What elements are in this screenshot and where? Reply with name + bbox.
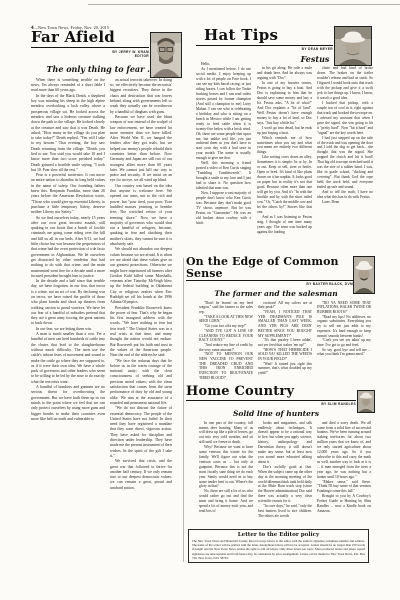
common-sense-column-2: coctions! All my calves are at their pea…	[258, 301, 312, 381]
far-afield-article: Far Afield BY JERRY W. KRAM EDITOR The o…	[31, 30, 177, 562]
paragraph: Like sorting cows down an alley. Sometim…	[257, 155, 312, 214]
common-sense-headline: On the Edge of Common Sense	[186, 256, 373, 279]
scan-edge-line	[88, 4, 400, 5]
slim-randles-photo	[357, 390, 375, 413]
paragraph: When there is something terrible on the …	[31, 78, 105, 94]
paragraph: In the decade and a half since that terr…	[31, 279, 105, 327]
paragraph: Later, Dean	[317, 200, 373, 205]
far-afield-headline-rule	[31, 47, 149, 48]
home-country-column-2: books and magazines, and talk endlessly …	[258, 421, 312, 521]
paragraph: A handful of bombers and gunmen are no s…	[31, 385, 105, 422]
paragraph: "And reduce my line of credit by the ver…	[199, 343, 253, 352]
paragraph: Now, I suppose a vast majority of people…	[196, 191, 251, 226]
home-country-article: Home Country BY SLIM RANDLES Solid line …	[186, 385, 373, 528]
byline-title: EDITOR	[31, 54, 149, 58]
paragraph: "NOT TO MENTION OUR NEW VACCINE TO PREVE…	[199, 352, 253, 380]
far-afield-byline: BY JERRY W. KRAM EDITOR	[31, 50, 149, 58]
hat-tips-headline-rule	[196, 45, 333, 46]
dean-meyer-photo	[334, 26, 372, 66]
paragraph: Doc's awfully good at that. When the sub…	[258, 465, 312, 504]
far-afield-body: When there is something terrible on the …	[31, 78, 177, 564]
paragraph: an actual terrorist takeover. In doing s…	[110, 78, 172, 115]
paragraph: in his git along. He rode a mule and dra…	[257, 66, 312, 81]
paragraph: We survived that crisis, and the great w…	[110, 459, 172, 491]
column-divider-rule	[183, 258, 184, 562]
common-sense-body: "Don't be leanin' on my feed wagon," sai…	[199, 301, 373, 381]
paragraph: "We do not distrust the future of essent…	[110, 406, 172, 459]
common-sense-article: On the Edge of Common Sense BY BAXTER BL…	[186, 256, 373, 386]
paragraph: In one part of the country, fall means d…	[199, 421, 253, 446]
paragraph: I won't go into detail, but he ends up j…	[257, 126, 312, 136]
paragraph: "It's that parsley I been addin', not ye…	[258, 338, 312, 347]
common-sense-headline-rule	[186, 280, 353, 281]
paragraph: Why? Because we want to have some veniso…	[199, 445, 253, 489]
paragraph: Brought to you by A Cowboy's Pocket Guid…	[317, 494, 371, 514]
paragraph: "Don't be leanin' on my feed wagon," sai…	[199, 301, 253, 315]
paragraph: And as I was listening to Festus sing, I…	[257, 215, 312, 235]
paragraph: "YEAH, I NOTICED THAT YER DEADMAN'S PILE…	[258, 310, 312, 338]
newspaper-page: 4—New Town News, Friday, Nov. 20, 2015 F…	[0, 0, 400, 600]
hat-tips-column-1: Hello,As I mentioned before, I do use so…	[196, 54, 251, 244]
hat-tips-right-block: Festus in his git along. He rode a mule …	[257, 54, 373, 244]
letter-policy-box: Letter to the Editor policy The New Town…	[188, 529, 369, 563]
paragraph: In one of my favorite scenes, Festus is …	[257, 81, 312, 126]
paragraph: So we find ourselves today, nearly 15 ye…	[31, 216, 105, 280]
paragraph: "Can't you see yer takin' up my time. I'…	[317, 338, 371, 347]
paragraph: books and magazines, and talk endlessly …	[258, 421, 312, 465]
common-sense-byline: BY BAXTER BLACK, DVM	[186, 282, 353, 286]
paragraph: "Makes sense," said Steve. "Think I'll b…	[317, 480, 371, 495]
hat-tips-column-3: chute and had kind of broke down. The br…	[317, 66, 373, 244]
hat-tips-byline: BY DEAN MEYER	[196, 47, 333, 51]
paragraph: "Read my lips! No additives, no organic …	[317, 315, 371, 339]
home-country-headline: Home Country	[186, 385, 373, 399]
paragraph: "In cave days," he said, "only the best …	[258, 504, 312, 519]
home-country-column-3: and died a sorry death. We all come from…	[317, 421, 371, 521]
common-sense-subtitle: The farmer and the salesman	[186, 289, 366, 298]
home-country-column-1: In one part of the country, fall means d…	[199, 421, 253, 521]
paragraph: Our country was based on the idea that a…	[110, 184, 172, 248]
far-afield-column-2: an actual terrorist takeover. In doing s…	[110, 78, 172, 564]
paragraph: Which reminds me of how sometimes what y…	[257, 136, 312, 156]
paragraph: chute and had kind of broke down. The br…	[317, 66, 373, 101]
paragraph: A man is much smaller than a cow. Yet a …	[31, 332, 105, 385]
baxter-black-photo	[353, 256, 375, 294]
paragraph: Well, this morning a friend posted a vid…	[196, 161, 251, 191]
hat-tips-article: Hat Tips BY DEAN MEYER Hello,As I mentio…	[196, 28, 373, 256]
paragraph: Because we have used the blunt weapon of…	[110, 115, 172, 184]
paragraph: In the days of the Black Death, a shephe…	[31, 94, 105, 173]
paragraph: And to tell the truth, I have no idea wh…	[317, 190, 373, 200]
common-sense-column-3: "DO YA NEED SOME TEAT INFLATIONS, BALER …	[317, 301, 371, 381]
common-sense-column-1: "Don't be leanin' on my feed wagon," sai…	[199, 301, 253, 381]
home-country-subtitle: Solid line of hunters	[186, 409, 366, 418]
hat-tips-column-2: in his git along. He rode a mule and dra…	[257, 66, 312, 244]
paragraph: President Franklin Roosevelt knew the po…	[110, 306, 172, 359]
letter-policy-title: Letter to the Editor policy	[192, 532, 365, 538]
paragraph: and died a sorry death. We all come from…	[317, 421, 371, 480]
paragraph: Fear is a powerful motivator. It can mov…	[31, 173, 105, 215]
paragraph: "AND I'VE GOT A LINE OF CLEANERS TO REDU…	[199, 329, 253, 343]
paragraph: coctions! All my calves are at their pea…	[258, 301, 312, 310]
paragraph: We should not abandon our deepest values…	[110, 247, 172, 305]
paragraph: "TAKE A LOOK AT THIS NEW SEED CORN,"	[199, 315, 253, 324]
home-country-body: In one part of the country, fall means d…	[199, 421, 373, 521]
hat-tips-body: Hello,As I mentioned before, I do use so…	[196, 54, 373, 244]
hat-tips-columns: in his git along. He rode a mule and dra…	[257, 66, 373, 244]
jerry-kram-photo	[150, 32, 182, 78]
letter-policy-text: The New Town News and Mountrail County R…	[192, 539, 365, 561]
paragraph: As I mentioned before, I do use social m…	[196, 67, 251, 161]
paragraph: I backed that pickup, with a couple ton …	[317, 101, 373, 136]
paragraph: "DO YA NEED SOME TEAT INFLATIONS, BALER …	[317, 301, 371, 315]
paragraph: So say good bye and tell me ... what you…	[317, 348, 371, 357]
paragraph: "We face the arduous days that lie befor…	[110, 359, 172, 407]
paragraph: "Wait! It rained just right this summer,…	[258, 362, 312, 376]
home-country-headline-rule	[186, 400, 356, 401]
paragraph: "HOW'S THAT HERBICIDE I SOLD YA? KILLED …	[258, 348, 312, 362]
paragraph: No, there are still a lot of us who woul…	[199, 489, 253, 514]
paragraph: I had just stepped up on the side of the…	[317, 136, 373, 190]
far-afield-column-1: When there is something terrible on the …	[31, 78, 105, 564]
home-country-byline: BY SLIM RANDLES	[186, 402, 356, 406]
